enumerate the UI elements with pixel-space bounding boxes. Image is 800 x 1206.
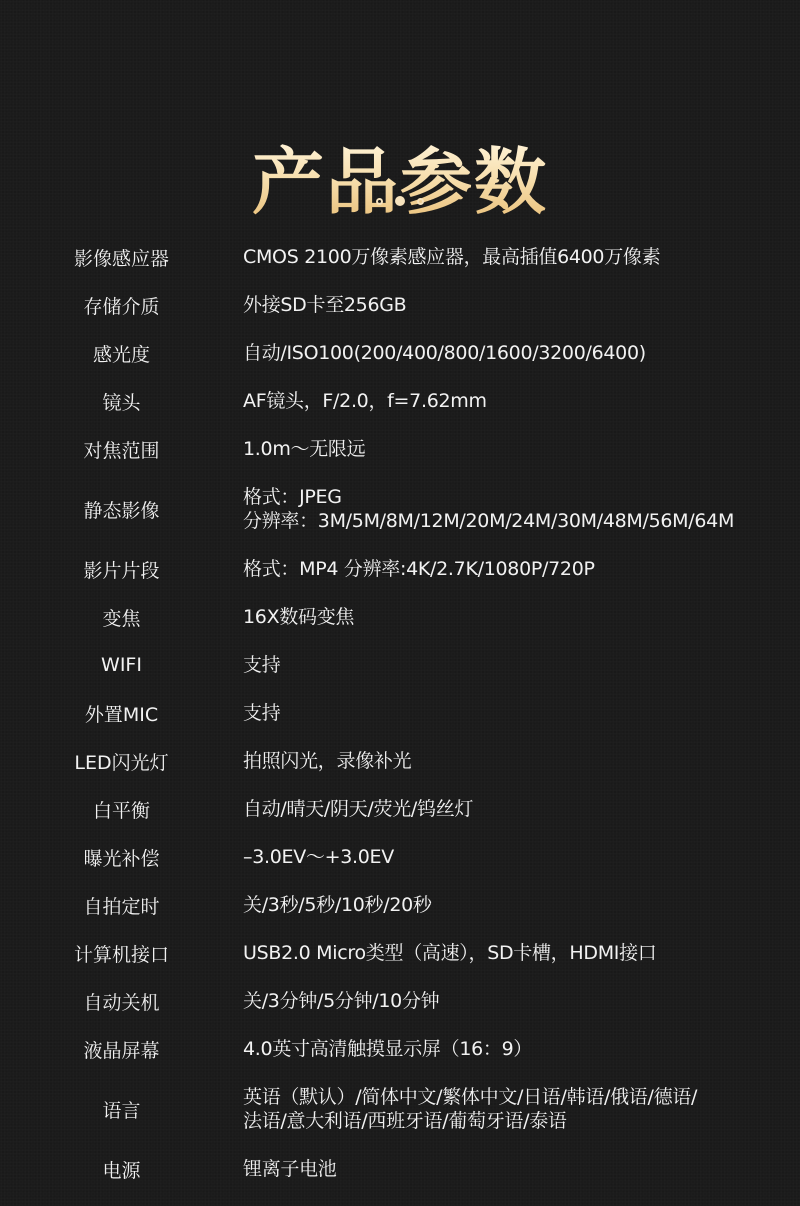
spec-row-image-sensor: 影像感应器 CMOS 2100万像素感应器，最高插值6400万像素 bbox=[0, 233, 800, 281]
spec-row-language: 语言 英语（默认）/简体中文/繁体中文/日语/韩语/俄语/德语/ 法语/意大利语… bbox=[0, 1073, 800, 1145]
spec-label: 自动关机 bbox=[0, 988, 243, 1015]
indicator-dot-active-icon bbox=[395, 196, 405, 206]
spec-row-power: 电源 锂离子电池 bbox=[0, 1145, 800, 1193]
spec-value: 关/3分钟/5分钟/10分钟 bbox=[243, 989, 800, 1013]
spec-row-computer-interface: 计算机接口 USB2.0 Micro类型（高速），SD卡槽，HDMI接口 bbox=[0, 929, 800, 977]
spec-value: AF镜头，F/2.0，f=7.62mm bbox=[243, 389, 800, 413]
spec-label: 语言 bbox=[0, 1096, 243, 1123]
spec-value: 支持 bbox=[243, 701, 800, 725]
spec-row-self-timer: 自拍定时 关/3秒/5秒/10秒/20秒 bbox=[0, 881, 800, 929]
spec-label: 感光度 bbox=[0, 340, 243, 367]
spec-label: LED闪光灯 bbox=[0, 748, 243, 775]
spec-label: 影片片段 bbox=[0, 556, 243, 583]
spec-value: 自动/晴天/阴天/荧光/钨丝灯 bbox=[243, 797, 800, 821]
spec-label: 镜头 bbox=[0, 388, 243, 415]
section-indicator bbox=[0, 196, 800, 206]
indicator-dot-icon bbox=[376, 198, 383, 205]
spec-row-led-flash: LED闪光灯 拍照闪光，录像补光 bbox=[0, 737, 800, 785]
spec-row-exposure-compensation: 曝光补偿 –3.0EV～+3.0EV bbox=[0, 833, 800, 881]
spec-value: –3.0EV～+3.0EV bbox=[243, 845, 800, 869]
spec-row-still-image: 静态影像 格式：JPEG 分辨率：3M/5M/8M/12M/20M/24M/30… bbox=[0, 473, 800, 545]
spec-row-white-balance: 白平衡 自动/晴天/阴天/荧光/钨丝灯 bbox=[0, 785, 800, 833]
spec-label: 电源 bbox=[0, 1156, 243, 1183]
spec-value: 拍照闪光，录像补光 bbox=[243, 749, 800, 773]
page-title: 产品参数 bbox=[0, 140, 800, 224]
spec-value: 英语（默认）/简体中文/繁体中文/日语/韩语/俄语/德语/ 法语/意大利语/西班… bbox=[243, 1085, 800, 1133]
spec-value: 关/3秒/5秒/10秒/20秒 bbox=[243, 893, 800, 917]
spec-value: 支持 bbox=[243, 653, 800, 677]
spec-label: 影像感应器 bbox=[0, 244, 243, 271]
spec-label: 自拍定时 bbox=[0, 892, 243, 919]
indicator-dot-icon bbox=[417, 198, 424, 205]
spec-label: 曝光补偿 bbox=[0, 844, 243, 871]
spec-label: WIFI bbox=[0, 654, 243, 676]
spec-value: USB2.0 Micro类型（高速），SD卡槽，HDMI接口 bbox=[243, 941, 800, 965]
spec-label: 对焦范围 bbox=[0, 436, 243, 463]
spec-row-lens: 镜头 AF镜头，F/2.0，f=7.62mm bbox=[0, 377, 800, 425]
spec-value: 1.0m～无限远 bbox=[243, 437, 800, 461]
spec-label: 液晶屏幕 bbox=[0, 1036, 243, 1063]
spec-value: 自动/ISO100(200/400/800/1600/3200/6400) bbox=[243, 341, 800, 365]
spec-value: 格式：MP4 分辨率:4K/2.7K/1080P/720P bbox=[243, 557, 800, 581]
spec-value: 4.0英寸高清触摸显示屏（16：9） bbox=[243, 1037, 800, 1061]
spec-row-focus-range: 对焦范围 1.0m～无限远 bbox=[0, 425, 800, 473]
spec-value: 16X数码变焦 bbox=[243, 605, 800, 629]
spec-value: 格式：JPEG 分辨率：3M/5M/8M/12M/20M/24M/30M/48M… bbox=[243, 485, 800, 533]
spec-value: 锂离子电池 bbox=[243, 1157, 800, 1181]
spec-row-auto-power-off: 自动关机 关/3分钟/5分钟/10分钟 bbox=[0, 977, 800, 1025]
spec-row-iso: 感光度 自动/ISO100(200/400/800/1600/3200/6400… bbox=[0, 329, 800, 377]
spec-label: 计算机接口 bbox=[0, 940, 243, 967]
spec-row-zoom: 变焦 16X数码变焦 bbox=[0, 593, 800, 641]
spec-label: 静态影像 bbox=[0, 496, 243, 523]
spec-label: 白平衡 bbox=[0, 796, 243, 823]
spec-table: 影像感应器 CMOS 2100万像素感应器，最高插值6400万像素 存储介质 外… bbox=[0, 233, 800, 1193]
spec-value: 外接SD卡至256GB bbox=[243, 293, 800, 317]
spec-label: 变焦 bbox=[0, 604, 243, 631]
spec-row-video: 影片片段 格式：MP4 分辨率:4K/2.7K/1080P/720P bbox=[0, 545, 800, 593]
spec-row-wifi: WIFI 支持 bbox=[0, 641, 800, 689]
spec-row-storage: 存储介质 外接SD卡至256GB bbox=[0, 281, 800, 329]
spec-label: 外置MIC bbox=[0, 700, 243, 727]
spec-label: 存储介质 bbox=[0, 292, 243, 319]
spec-row-external-mic: 外置MIC 支持 bbox=[0, 689, 800, 737]
spec-row-lcd-screen: 液晶屏幕 4.0英寸高清触摸显示屏（16：9） bbox=[0, 1025, 800, 1073]
spec-value: CMOS 2100万像素感应器，最高插值6400万像素 bbox=[243, 245, 800, 269]
